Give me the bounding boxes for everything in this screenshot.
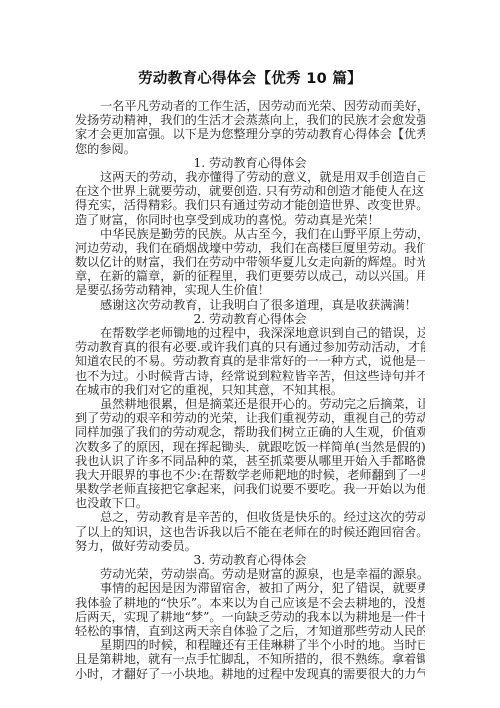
text-line: 河边劳动，我们在硝烟战壕中劳动，我们在高楼巨厦里劳动。我们在劳动中创造 — [75, 241, 425, 255]
text-line: 果数学老师直接把它拿起来，问我们说要不要吃。我一开始以为他在开玩笑，后 — [75, 482, 425, 496]
text-line: 您的参阅。 — [75, 142, 425, 156]
text-line: 在帮数学老师锄地的过程中，我深深地意识到自己的错误，这也让我觉得， — [75, 326, 425, 340]
text-line: 在这个世界上就要劳动，就要创造. 只有劳动和创造才能使人在这个世界上，活 — [75, 184, 425, 198]
text-line: 我也认识了许多不同品种的菜，甚至抓菜要从哪里开始入手都略微知道一些。让 — [75, 454, 425, 468]
section-heading: 3. 劳动教育心得体会 — [75, 553, 425, 567]
text-line: 同样加强了我们的劳动观念，帮助我们树立正确的人生观，价值观。可能是耕地 — [75, 425, 425, 439]
text-line: 且是第耕地，就有一点手忙脚乱，不知所措的，很不熟练。拿着锄头，耕了半个 — [75, 652, 425, 666]
text-line: 也不为过。小时候背古诗，经常说到粒粒皆辛苦，但这些诗句并不能让从小生活 — [75, 369, 425, 383]
text-line: 感谢这次劳动教育，让我明白了很多道理，真是收获满满！ — [75, 298, 425, 312]
text-line: 我大开眼界的事也不少:在帮数学老师耙地的时候，老师翻到了一些茅草根，结 — [75, 468, 425, 482]
text-line: 事情的起因是因为滞留宿舍，被扣了两分，犯了错误，就要勇于承担，于是 — [75, 581, 425, 595]
text-line: 在城市的我们对它的重视，只知其意，不知其根。 — [75, 383, 425, 397]
section-heading: 2. 劳动教育心得体会 — [75, 312, 425, 326]
text-line: 到了劳动的艰辛和劳动的光荣，让我们重视劳动，重视自己的劳动成果。劳动也 — [75, 411, 425, 425]
text-line: 劳动光荣，劳动崇高。劳动是财富的源泉，也是幸福的源泉。 — [75, 567, 425, 581]
text-line: 了以上的知识，这也告诉我以后不能在老师在的时候还跑回宿舍。以后定会更加 — [75, 525, 425, 539]
text-line: 我体验了耕地的“快乐”。本来以为自己应该是不会去耕地的，没想到在 2021 的 — [75, 596, 425, 610]
text-line: 后两天，实现了耕地“梦”。一向缺乏劳动的我本以为耕地是一件十分容易的、 — [75, 610, 425, 624]
document-page: 劳动教育心得体会【优秀 10 篇】 一名平凡劳动者的工作生活，因劳动而光荣、因劳… — [0, 0, 500, 708]
text-line: 家才会更加富强。以下是为您整理分享的劳动教育心得体会【优秀 10 篇】，欢迎 — [75, 127, 425, 141]
text-line: 劳动教育真的很有必要.或许我们真的只有通过参加劳动活动，才能够从中体会， — [75, 340, 425, 354]
text-line: 星期四的时候，和程瞳还有王佳琳耕了半个小时的地。当时已经天黑了，而 — [75, 638, 425, 652]
text-line: 总之，劳动教育是辛苦的，但收货是快乐的。经过这次的劳动，我不仅获得 — [75, 510, 425, 524]
text-line: 是要弘扬劳动精神，实现人生价值！ — [75, 283, 425, 297]
text-line: 章，在新的篇章，新的征程里，我们更要劳以成己，动以兴国。用政治的话说就 — [75, 269, 425, 283]
text-line: 数以亿计的财富，我们在劳动中带领华夏儿女走向新的辉煌。时光之书又翻过一 — [75, 255, 425, 269]
text-line: 一名平凡劳动者的工作生活，因劳动而光荣、因劳动而美好，我们只有坚持 — [75, 99, 425, 113]
section-heading: 1. 劳动教育心得体会 — [75, 156, 425, 170]
document-title: 劳动教育心得体会【优秀 10 篇】 — [0, 67, 500, 88]
text-line: 也没敢下口。 — [75, 496, 425, 510]
text-line: 轻松的事情，直到这两天亲自体验了之后，才知道那些劳动人民的辛苦与操劳。 — [75, 624, 425, 638]
text-line: 这两天的劳动，我亦懂得了劳动的意义，就是用双手创造自己的未来. 人活 — [75, 170, 425, 184]
text-line: 发扬劳动精神，我们的生活才会蒸蒸向上，我们的民族才会愈发强大，我们的国 — [75, 113, 425, 127]
text-line: 努力，做好劳动委员。 — [75, 539, 425, 553]
text-line: 小时，才翻好了一小块地。耕地的过程中发现真的需要很大的力气，而且很费腰。 — [75, 667, 425, 681]
text-line: 次数多了的原因，现在挥起锄头．就跟吃饭一样简单(当然是假的)，不过由此， — [75, 440, 425, 454]
text-line: 中华民族是勤劳的民族。从古至今，我们在山野平原上劳动，我们在大江大 — [75, 227, 425, 241]
document-body: 一名平凡劳动者的工作生活，因劳动而光荣、因劳动而美好，我们只有坚持发扬劳动精神，… — [75, 99, 425, 681]
text-line: 虽然耕地很累，但是摘菜还是很开心的。劳动完之后摘菜，让我们亲身体会 — [75, 397, 425, 411]
text-line: 得充实，活得精彩。我们只有通过劳动才能创造世界、改变世界。当你用劳动创 — [75, 198, 425, 212]
text-line: 造了财富，你同时也享受到成功的喜悦。劳动真是光荣！ — [75, 213, 425, 227]
text-line: 知道农民的不易。劳动教育真的是非常好的一一种方式，说他是一场道德的反思 — [75, 354, 425, 368]
